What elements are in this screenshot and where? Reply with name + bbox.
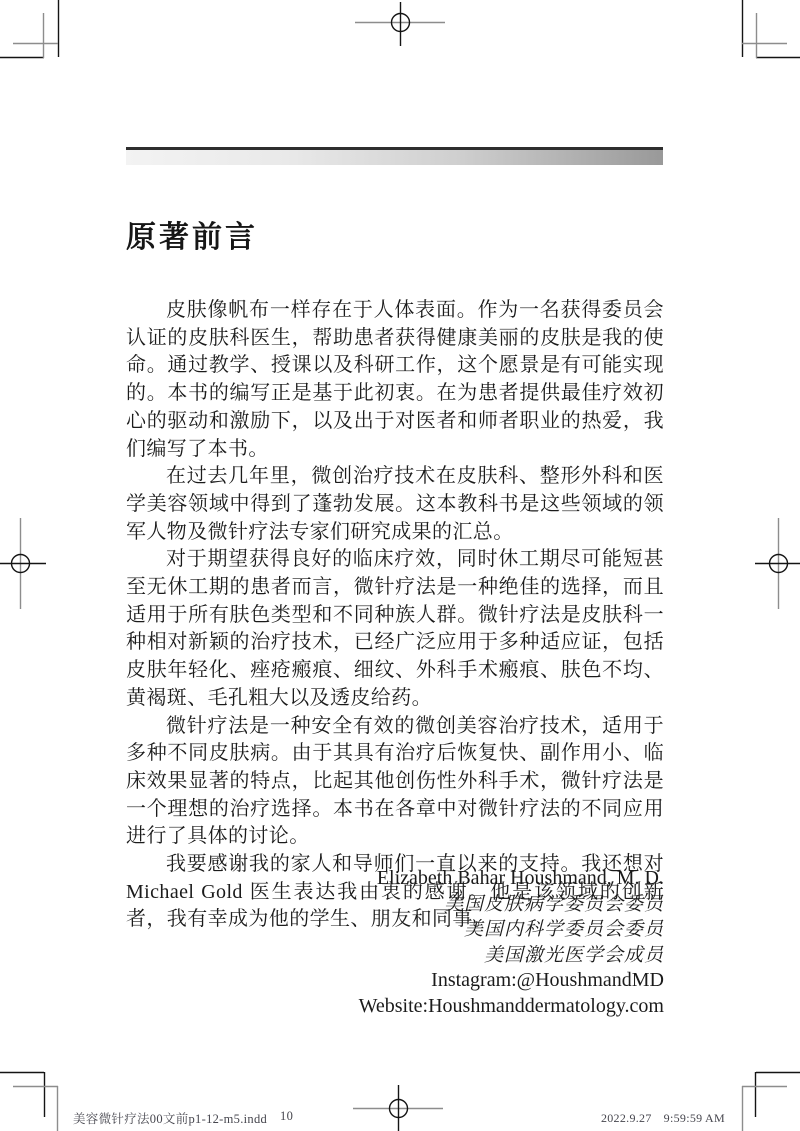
print-proof-page: 原著前言 皮肤像帆布一样存在于人体表面。作为一名获得委员会认证的皮肤科医生，帮助… (0, 0, 800, 1131)
preface-body: 皮肤像帆布一样存在于人体表面。作为一名获得委员会认证的皮肤科医生，帮助患者获得健… (126, 297, 664, 934)
footer-filename: 美容微针疗法00文前p1-12-m5.indd (73, 1109, 267, 1127)
crop-mark-top-left (0, 0, 70, 70)
registration-target-right (750, 513, 800, 613)
crop-mark-top-right (730, 0, 800, 70)
crop-mark-bottom-right (730, 1061, 800, 1131)
paragraph: 对于期望获得良好的临床疗效，同时休工期尽可能短甚至无休工期的患者而言，微针疗法是… (126, 546, 664, 712)
paragraph: 微针疗法是一种安全有效的微创美容治疗技术，适用于多种不同皮肤病。由于其具有治疗后… (126, 713, 664, 852)
footer-timestamp: 2022.9.27 9:59:59 AM (601, 1111, 725, 1126)
signature-title: 美国激光医学会成员 (126, 943, 664, 969)
footer-page-number: 10 (280, 1109, 293, 1127)
paragraph: 皮肤像帆布一样存在于人体表面。作为一名获得委员会认证的皮肤科医生，帮助患者获得健… (126, 297, 664, 463)
signature-instagram: Instagram:@HoushmandMD (126, 968, 664, 994)
signature-title: 美国内科学委员会委员 (126, 917, 664, 943)
signature-title: 美国皮肤病学委员会委员 (126, 892, 664, 918)
registration-target-top (350, 0, 450, 50)
registration-target-bottom (348, 1081, 448, 1131)
footer-time: 9:59:59 AM (664, 1111, 725, 1126)
signature-name: Elizabeth Bahar Houshmand, M. D. (126, 866, 664, 892)
registration-target-left (0, 513, 50, 613)
chapter-heading-rule (126, 147, 663, 165)
crop-mark-bottom-left (0, 1061, 70, 1131)
footer-slug: 美容微针疗法00文前p1-12-m5.indd 10 (73, 1109, 293, 1127)
signature-block: Elizabeth Bahar Houshmand, M. D. 美国皮肤病学委… (126, 866, 664, 1020)
footer-date: 2022.9.27 (601, 1111, 652, 1126)
signature-website: Website:Houshmanddermatology.com (126, 994, 664, 1020)
page-title: 原著前言 (126, 212, 258, 256)
paragraph: 在过去几年里，微创治疗技术在皮肤科、整形外科和医学美容领域中得到了蓬勃发展。这本… (126, 463, 664, 546)
